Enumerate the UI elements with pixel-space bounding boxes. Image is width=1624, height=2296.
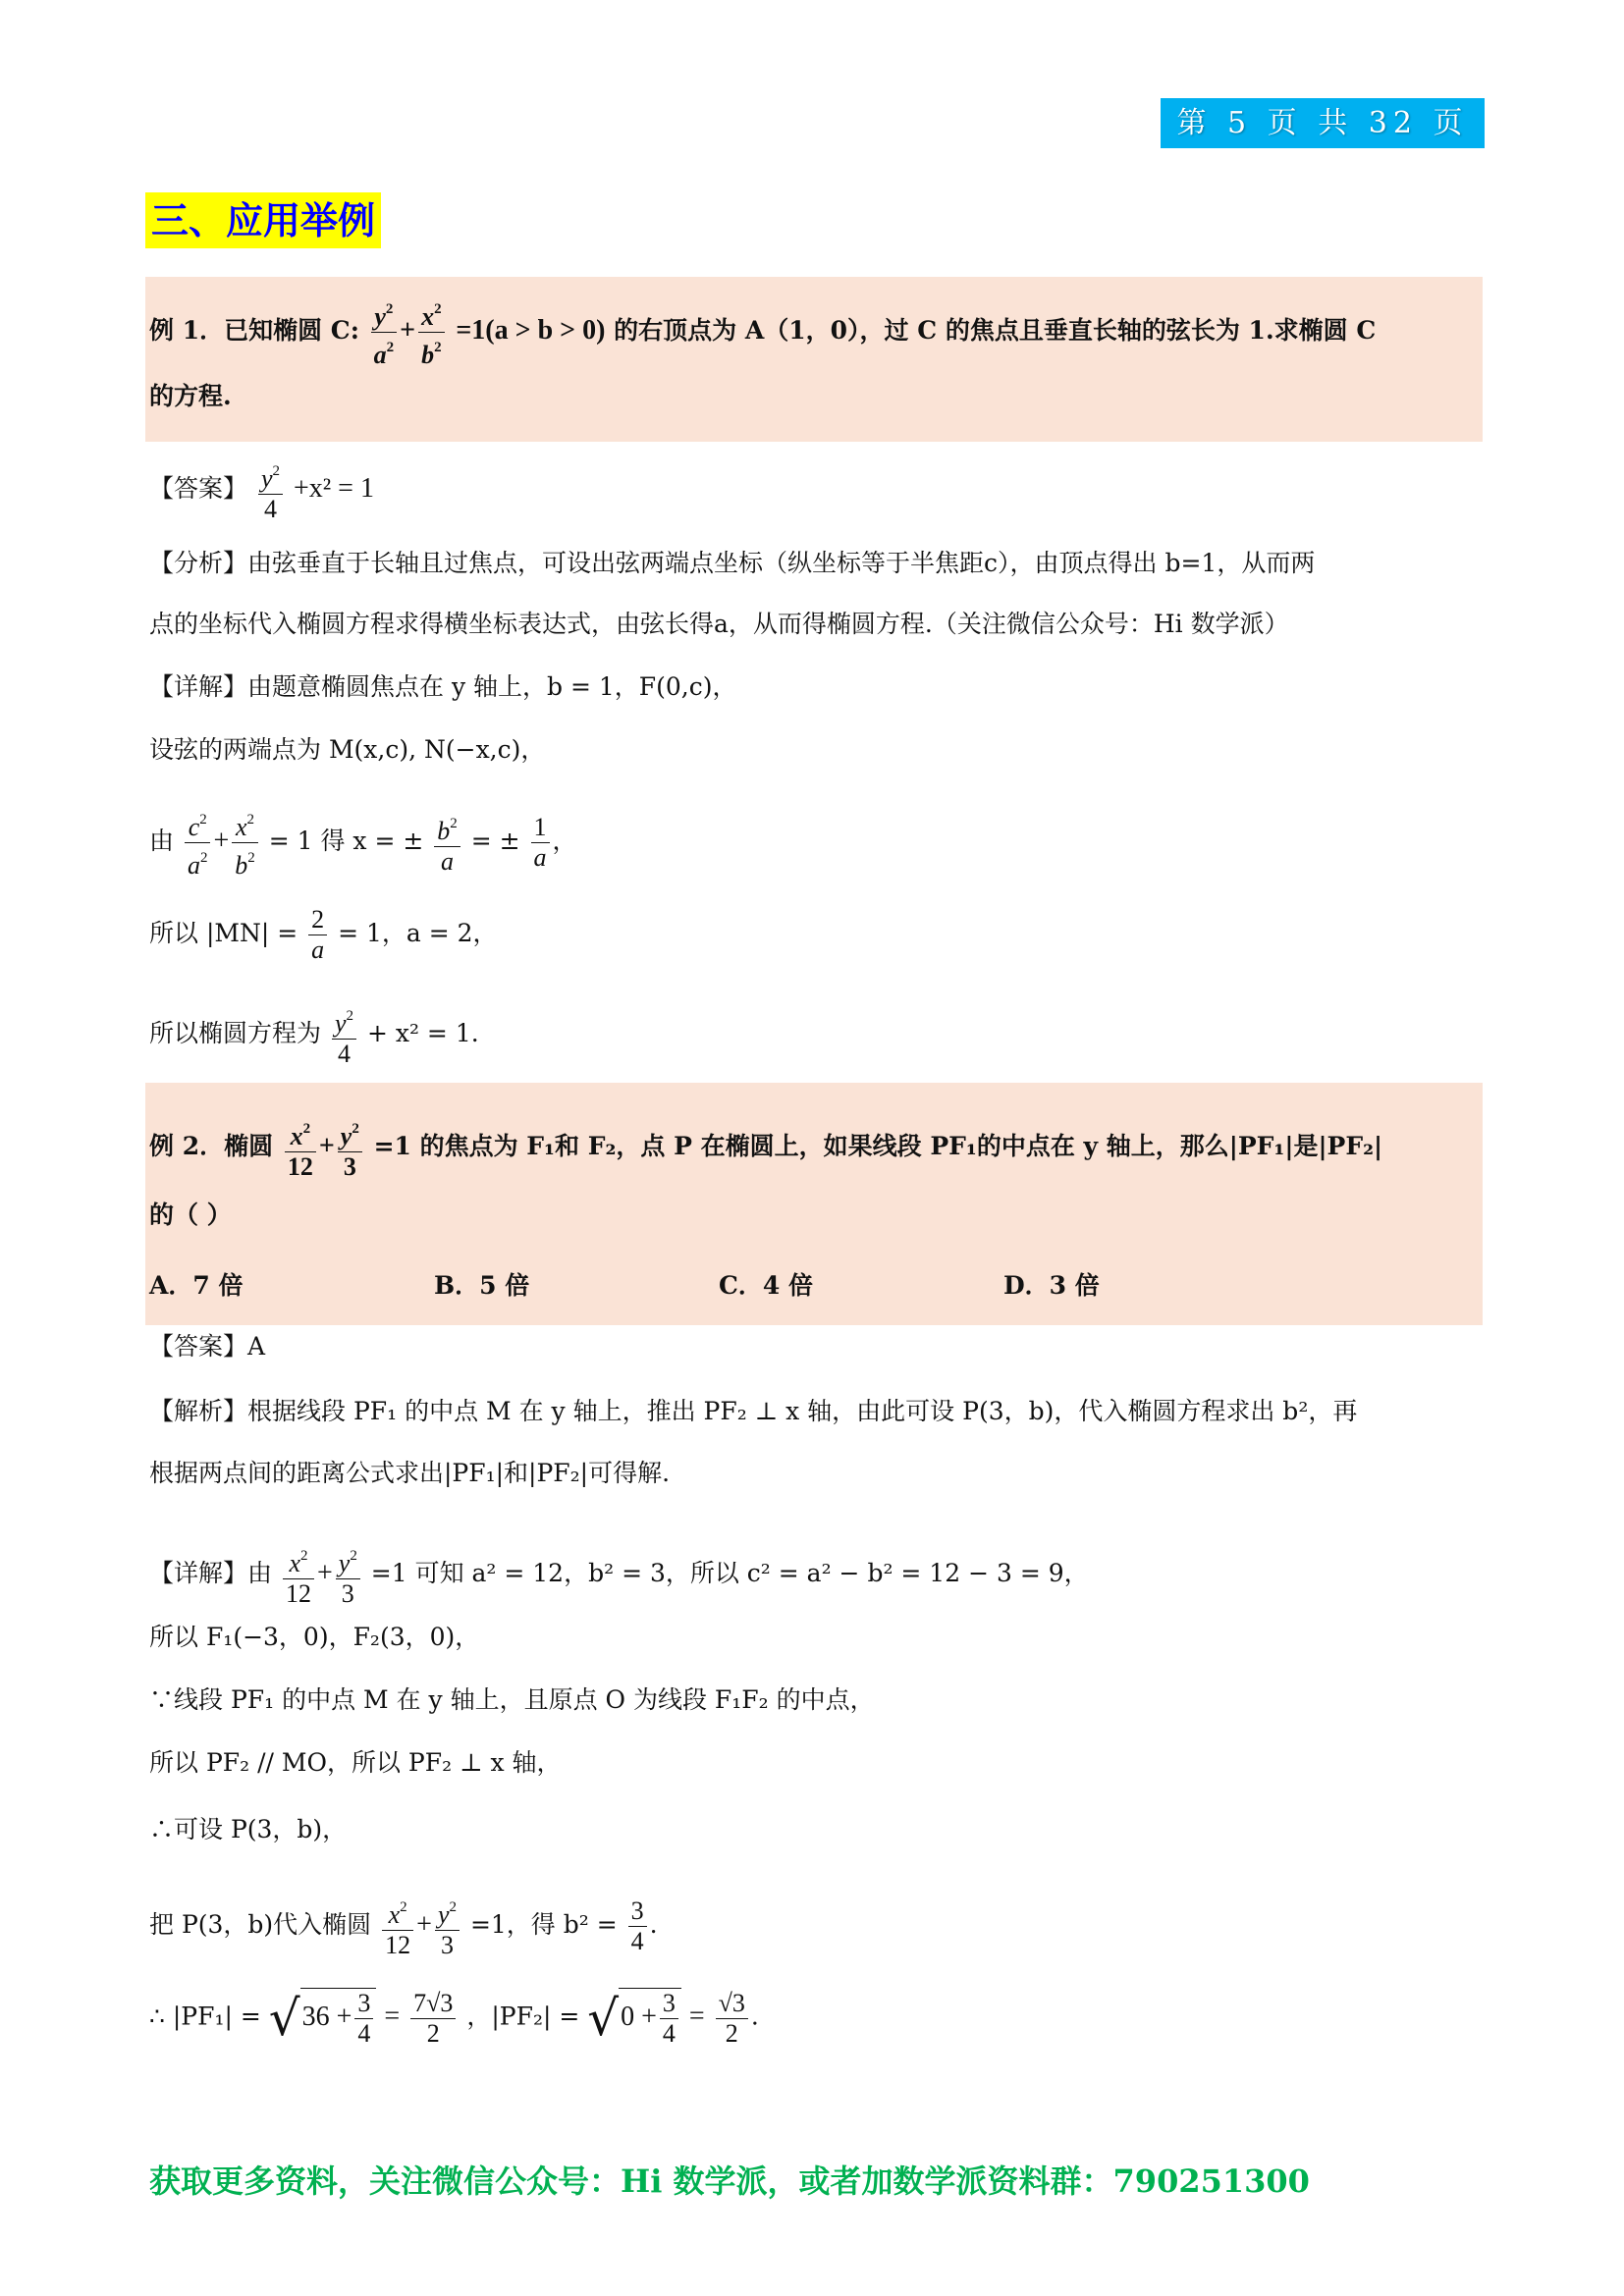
example-2-answer: 【答案】A <box>149 1331 265 1362</box>
detail-text: ∴ |PF₁| = <box>149 2002 261 2031</box>
example-2-detail-line2: 所以 F₁(−3，0)，F₂(3，0)， <box>149 1622 479 1653</box>
option-a[interactable]: A．7 倍 <box>149 1266 244 1302</box>
fraction: y2a2 <box>371 294 398 370</box>
example-2-question-line2: 的（ ） <box>149 1200 232 1231</box>
example-1-question-line2: 的方程. <box>149 381 232 412</box>
example-2-question-line1: 例 2．椭圆 x212+y23 =1 的焦点为 F₁和 F₂，点 P 在椭圆上，… <box>149 1114 1382 1182</box>
analysis-label: 【分析】 <box>149 549 247 577</box>
example-2-analysis-line1: 【解析】根据线段 PF₁ 的中点 M 在 y 轴上，推出 PF₂ ⊥ x 轴，由… <box>149 1396 1357 1427</box>
example-2-detail-line5: ∴可设 P(3，b)， <box>149 1814 347 1845</box>
detail-label: 【详解】由 <box>149 1559 272 1587</box>
example-1-label: 例 1．已知椭圆 C: <box>149 316 359 345</box>
detail-text: 把 P(3，b)代入椭圆 <box>149 1910 371 1939</box>
detail-text: = ± <box>471 827 520 855</box>
detail-text: 由 <box>149 827 174 855</box>
fraction: x2b2 <box>418 294 445 370</box>
detail-text: 所以 |MN| = <box>149 919 298 947</box>
answer-value: +x² = 1 <box>294 473 374 504</box>
example-1-detail-line1: 【详解】由题意椭圆焦点在 y 轴上，b = 1，F(0,c)， <box>149 671 737 703</box>
example-2-analysis-line2: 根据两点间的距离公式求出|PF₁|和|PF₂|可得解. <box>149 1458 670 1489</box>
example-1-analysis-line1: 【分析】由弦垂直于长轴且过焦点，可设出弦两端点坐标（纵坐标等于半焦距c），由顶点… <box>149 548 1315 579</box>
example-2-detail-line1: 【详解】由 x212+y23 =1 可知 a² = 12，b² = 3，所以 c… <box>149 1541 1089 1609</box>
detail-text: 所以椭圆方程为 <box>149 1019 321 1047</box>
example-1-detail-line2: 设弦的两端点为 M(x,c), N(−x,c)， <box>149 734 545 766</box>
example-1-detail-line5: 所以椭圆方程为 y24 + x² = 1. <box>149 1001 479 1069</box>
detail-text: =1 可知 a² = 12，b² = 3，所以 c² = a² − b² = 1… <box>371 1559 1089 1587</box>
detail-label: 【详解】 <box>149 672 247 701</box>
example-2-detail-line6: 把 P(3，b)代入椭圆 x212+y23 =1，得 b² = 34. <box>149 1893 658 1960</box>
detail-text: = 1 得 x = ± <box>269 827 424 855</box>
question-text: 的右顶点为 A（1，0），过 C 的焦点且垂直长轴的弦长为 1.求椭圆 C <box>614 316 1376 345</box>
section-title: 三、应用举例 <box>145 192 381 248</box>
sqrt: √36 +34 <box>269 1988 377 2049</box>
option-c[interactable]: C．4 倍 <box>719 1266 813 1302</box>
detail-text: 由题意椭圆焦点在 y 轴上，b = 1，F(0,c)， <box>247 672 736 701</box>
example-2-detail-line3: ∵线段 PF₁ 的中点 M 在 y 轴上，且原点 O 为线段 F₁F₂ 的中点， <box>149 1684 875 1716</box>
example-1-answer: 【答案】 y24 +x² = 1 <box>149 456 374 524</box>
example-1-detail-line4: 所以 |MN| = 2a = 1，a = 2， <box>149 905 498 965</box>
example-1-analysis-line2: 点的坐标代入椭圆方程求得横坐标表达式，由弦长得a，从而得椭圆方程.（关注微信公众… <box>149 609 1289 640</box>
analysis-text: 由弦垂直于长轴且过焦点，可设出弦两端点坐标（纵坐标等于半焦距c），由顶点得出 b… <box>247 549 1315 577</box>
sqrt: √0 +34 <box>587 1988 681 2049</box>
detail-text: + x² = 1. <box>367 1019 479 1047</box>
footer-promo: 获取更多资料，关注微信公众号：Hi 数学派，或者加数学派资料群：79025130… <box>149 2157 1310 2202</box>
answer-label: 【答案】 <box>149 474 247 503</box>
example-2-detail-line7: ∴ |PF₁| = √36 +34 = 7√32 ，|PF₂| = √0 +34… <box>149 1988 759 2049</box>
option-d[interactable]: D．3 倍 <box>1003 1266 1100 1302</box>
example-1-detail-line3: 由 c2a2+x2b2 = 1 得 x = ± b2a = ± 1a， <box>149 805 577 881</box>
example-2-label: 例 2．椭圆 <box>149 1132 273 1160</box>
example-1-question-line1: 例 1．已知椭圆 C: y2a2+x2b2 =1(a > b > 0) 的右顶点… <box>149 294 1376 370</box>
detail-text: ，|PF₂| = <box>466 2002 579 2031</box>
option-b[interactable]: B．5 倍 <box>434 1266 529 1302</box>
detail-text: = 1，a = 2， <box>338 919 497 947</box>
question-text: =1 的焦点为 F₁和 F₂，点 P 在椭圆上，如果线段 PF₁的中点在 y 轴… <box>374 1132 1383 1160</box>
page-number-badge: 第 5 页 共 32 页 <box>1161 98 1485 148</box>
detail-text: =1，得 b² = <box>470 1910 618 1939</box>
equation-tail: =1(a > b > 0) <box>456 315 605 346</box>
example-2-detail-line4: 所以 PF₂ // MO，所以 PF₂ ⊥ x 轴， <box>149 1747 562 1779</box>
